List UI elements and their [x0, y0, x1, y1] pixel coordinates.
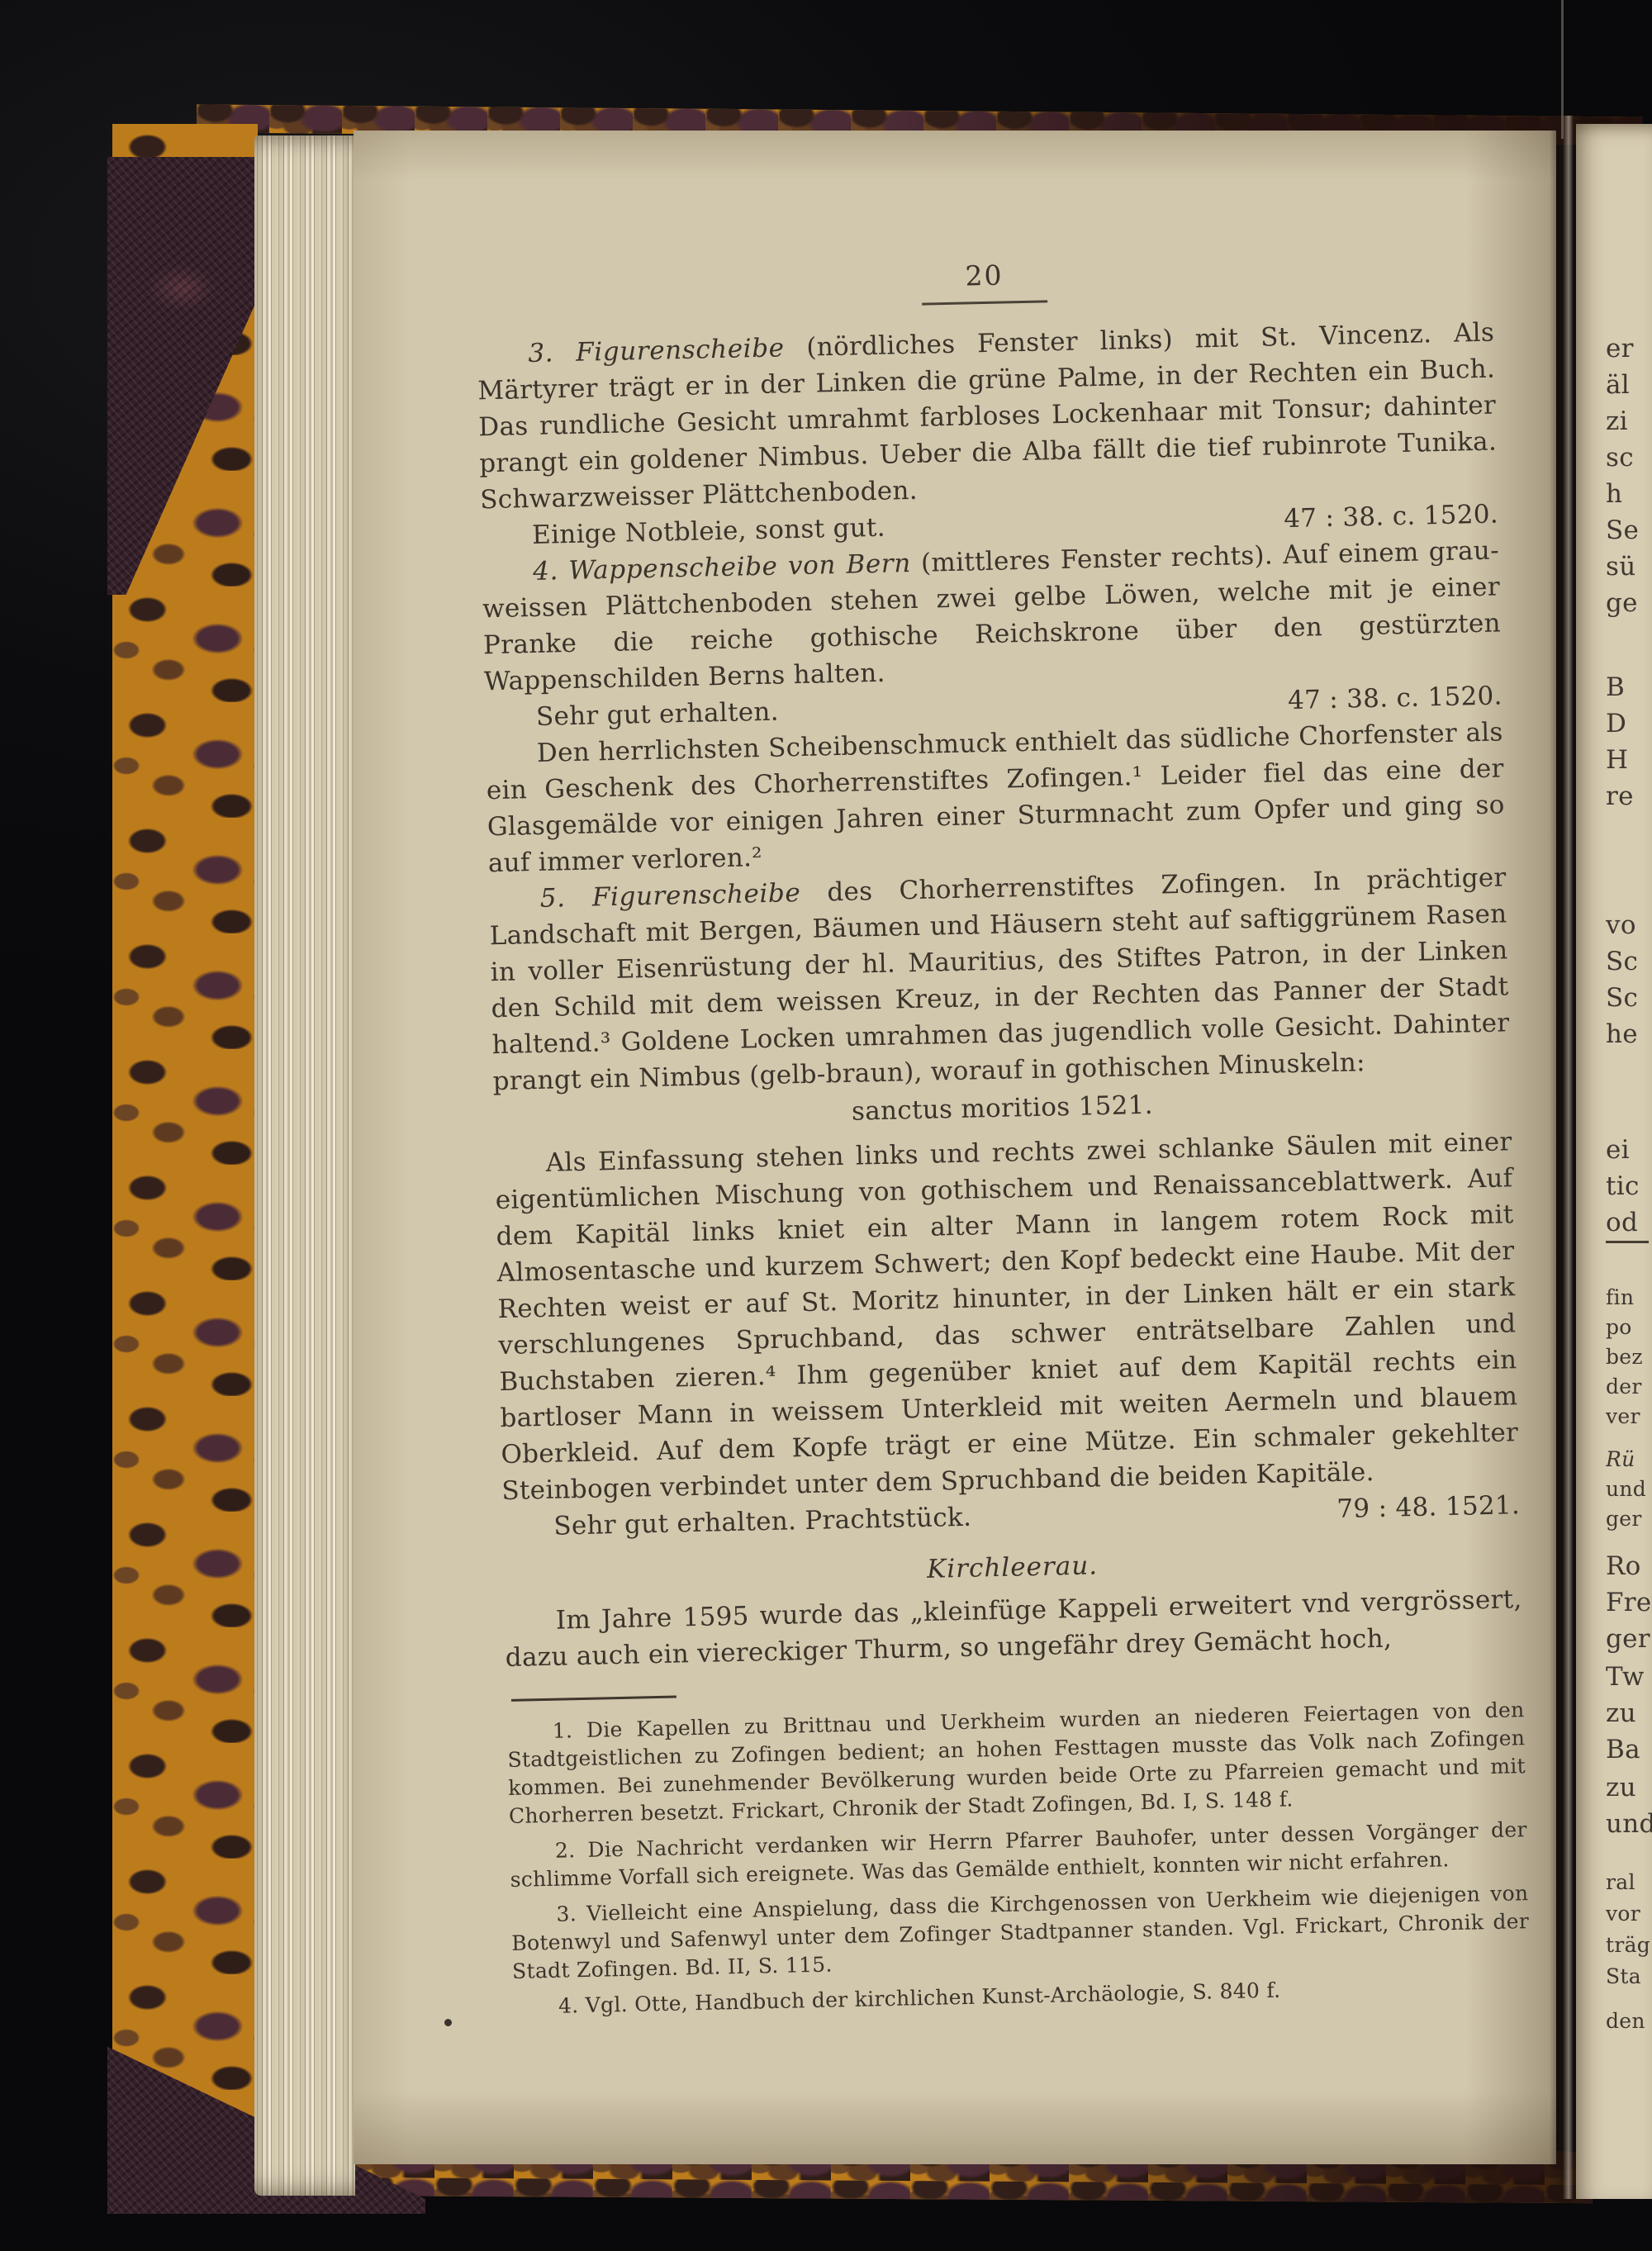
measure-value: 47 : 38. c. 1520.	[1284, 496, 1499, 537]
adjacent-page-text-fragment: zi	[1606, 403, 1628, 439]
adjacent-page-text-fragment: ger	[1606, 1621, 1650, 1657]
adjacent-page-text-fragment: ge	[1606, 585, 1638, 621]
adjacent-page-text-fragment: Ro	[1606, 1548, 1641, 1584]
adjacent-page-text-fragment: Rü	[1606, 1446, 1635, 1474]
footnote-1: 1. Die Kapellen zu Brittnau und Uerkheim…	[506, 1696, 1526, 1831]
adjacent-page-text-fragment: den	[1606, 2007, 1645, 2035]
adjacent-page-text-fragment: Fre	[1606, 1584, 1652, 1621]
condition-note: Sehr gut erhalten.	[536, 694, 780, 735]
item-4-title: 4. Wappenscheibe von Bern	[533, 549, 911, 586]
adjacent-page-text-column: erälzischSesügeBDHrevoScScheeiticodfinpo…	[1606, 0, 1652, 2251]
ink-spot	[444, 2019, 452, 2026]
adjacent-page-text-fragment: D	[1606, 705, 1626, 742]
adjacent-page-text-fragment: Sc	[1606, 980, 1638, 1016]
adjacent-page-text-fragment: h	[1606, 476, 1622, 512]
paragraph-item-5: 5. Figurenscheibe des Chorherrenstiftes …	[488, 859, 1510, 1099]
paragraph-chorfenster: Den herrlichsten Scheibenschmuck enthiel…	[485, 714, 1506, 881]
adjacent-page-text-fragment: zu	[1606, 1769, 1636, 1806]
footnote-3: 3. Vielleicht eine Anspielung, dass die …	[510, 1879, 1530, 1986]
page-number-block: 20	[475, 247, 1493, 316]
adjacent-page-text-fragment: ral	[1606, 1869, 1635, 1897]
adjacent-page-text-fragment: H	[1606, 742, 1628, 778]
page-edge-line	[1561, 0, 1564, 139]
adjacent-page-text-fragment: und	[1606, 1475, 1646, 1503]
adjacent-page-text-fragment: zu	[1606, 1695, 1636, 1731]
page-stack-edges	[254, 135, 355, 2196]
adjacent-page-text-fragment: Sta	[1606, 1963, 1641, 1991]
adjacent-page-text-fragment: od	[1606, 1204, 1638, 1241]
page-text-block: 20 3. Figurenscheibe (nördliches Fenster…	[475, 247, 1531, 2029]
adjacent-page-text-fragment: vo	[1606, 907, 1636, 943]
adjacent-page-rule	[1606, 1241, 1649, 1243]
adjacent-page-text-fragment: po	[1606, 1313, 1632, 1342]
adjacent-page-text-fragment: ger	[1606, 1505, 1642, 1533]
paragraph-einfassung: Als Einfassung stehen links und rechts z…	[494, 1123, 1519, 1509]
adjacent-page-text-fragment: der	[1606, 1373, 1642, 1401]
adjacent-page-text-fragment: ei	[1606, 1132, 1630, 1168]
adjacent-page-text-fragment: fin	[1606, 1284, 1634, 1312]
adjacent-page-text-fragment: bez	[1606, 1343, 1643, 1371]
paragraph-item-3: 3. Figurenscheibe (nördliches Fenster li…	[477, 315, 1498, 519]
measure-value: 47 : 38. c. 1520.	[1288, 677, 1503, 719]
adjacent-page-text-fragment: und	[1606, 1806, 1652, 1842]
adjacent-page-text-fragment: B	[1606, 669, 1625, 705]
page-number: 20	[965, 259, 1004, 292]
footnotes-block: 1. Die Kapellen zu Brittnau und Uerkheim…	[506, 1696, 1531, 2021]
page-number-rule	[922, 300, 1047, 305]
measure-value: 79 : 48. 1521.	[1336, 1487, 1521, 1527]
book-page: 20 3. Figurenscheibe (nördliches Fenster…	[354, 131, 1556, 2164]
adjacent-page-text-fragment: re	[1606, 778, 1634, 814]
adjacent-page-text-fragment: äl	[1606, 367, 1630, 403]
adjacent-page-text-fragment: Se	[1606, 512, 1639, 549]
adjacent-page-text-fragment: he	[1606, 1016, 1638, 1052]
item-5-title: 5. Figurenscheibe	[539, 878, 800, 914]
adjacent-page-text-fragment: tic	[1606, 1168, 1640, 1204]
adjacent-page-text-fragment: vor	[1606, 1900, 1640, 1928]
adjacent-page-text-fragment: Ba	[1606, 1731, 1640, 1768]
footnote-separator-rule	[511, 1696, 676, 1702]
paragraph-item-4: 4. Wappenscheibe von Bern (mittleres Fen…	[482, 532, 1502, 700]
adjacent-page-text-fragment: ver	[1606, 1403, 1640, 1431]
adjacent-page-text-fragment: sc	[1606, 439, 1634, 476]
adjacent-page-text-fragment: träg	[1606, 1931, 1650, 1959]
adjacent-page-text-fragment: Sc	[1606, 943, 1638, 980]
adjacent-page-text-fragment: Tw	[1606, 1659, 1645, 1695]
item-3-title: 3. Figurenscheibe	[528, 333, 785, 368]
adjacent-page-text-fragment: sü	[1606, 549, 1635, 585]
adjacent-page-text-fragment: er	[1606, 330, 1634, 367]
paragraph-kirchleerau: Im Jahre 1595 wurde das „kleinfüge Kappe…	[504, 1581, 1523, 1676]
